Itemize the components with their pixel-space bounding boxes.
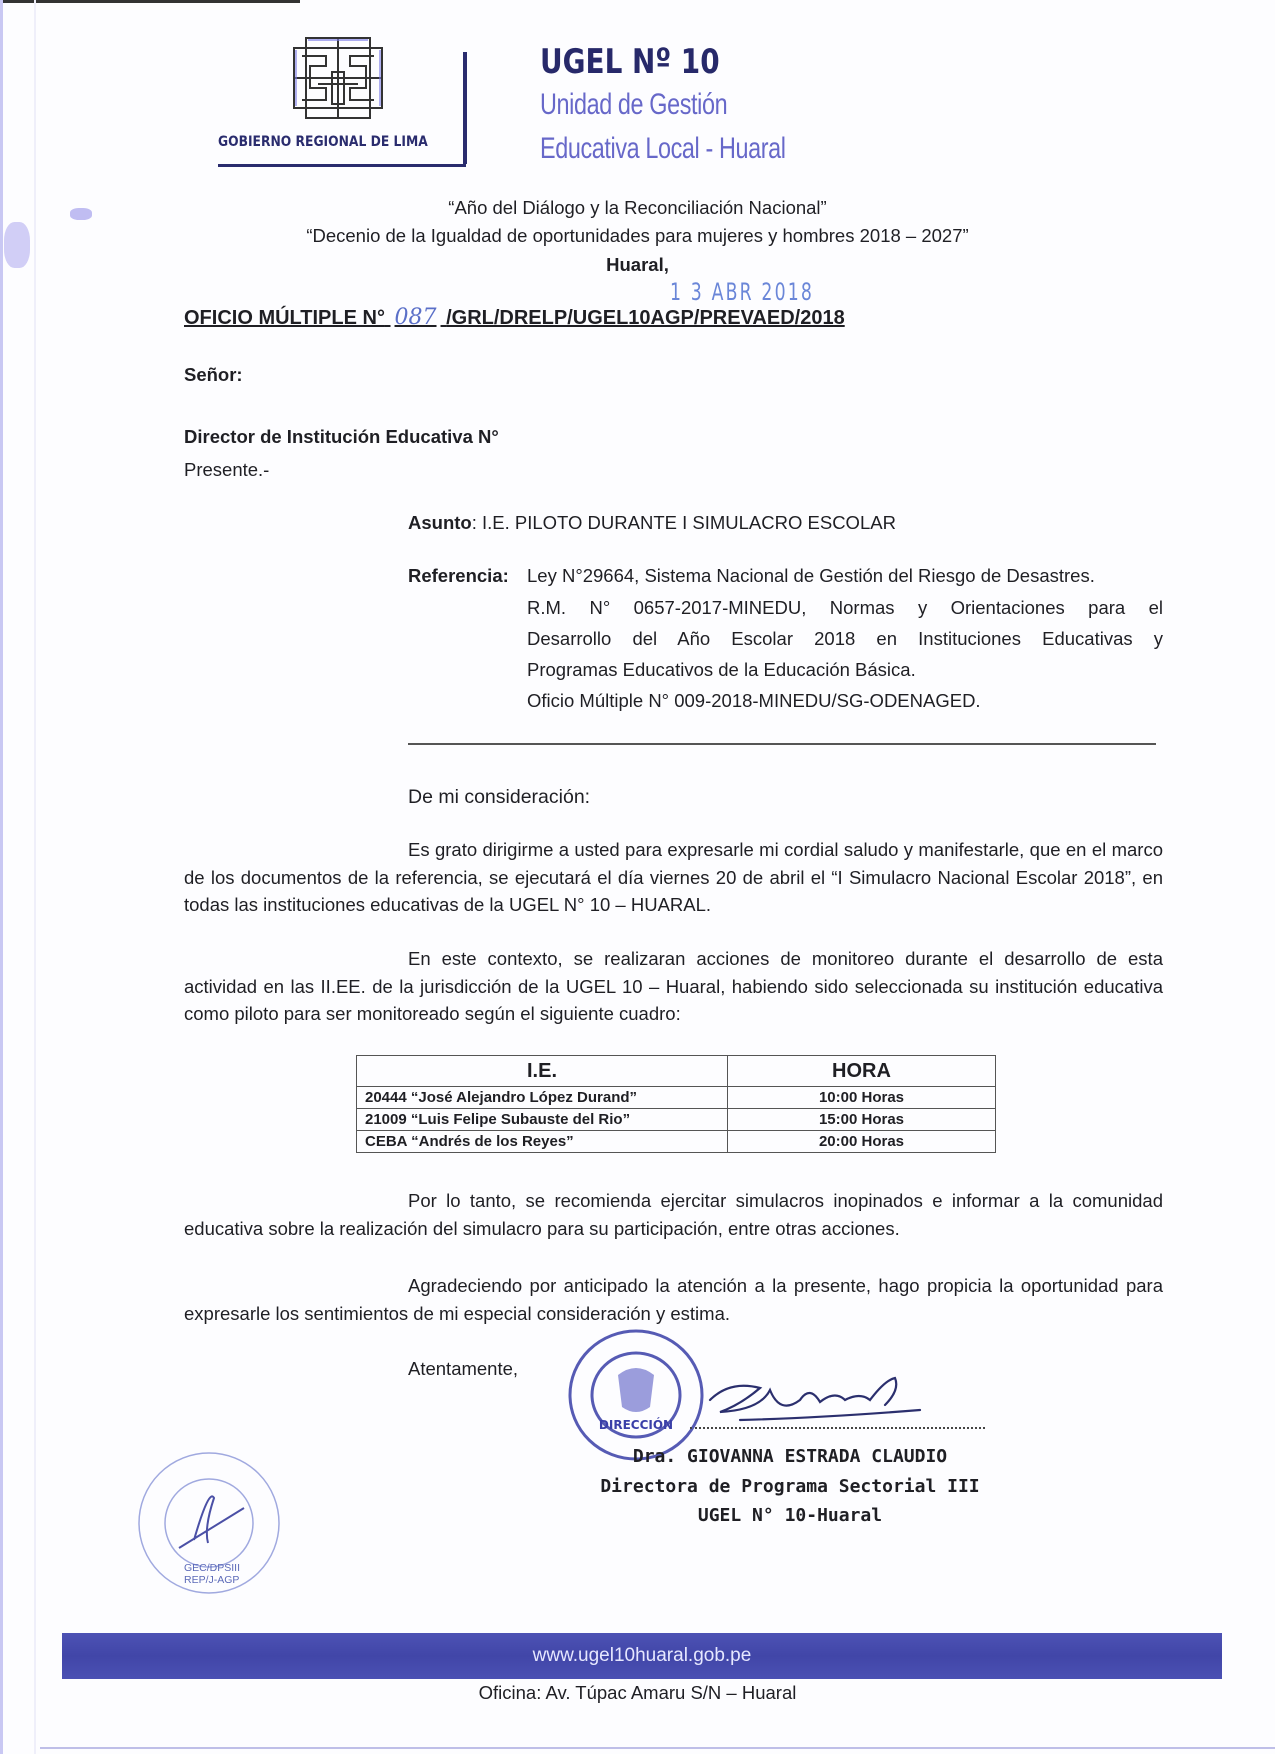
table-cell-ie: 21009 “Luis Felipe Subauste del Rio” [357,1109,728,1131]
reference-divider [408,743,1156,745]
subject-text: : I.E. PILOTO DURANTE I SIMULACRO ESCOLA… [472,512,896,533]
footer-banner: www.ugel10huaral.gob.pe [62,1633,1222,1679]
signature-icon [700,1360,940,1435]
stamp-line: GEC/DPSIII [184,1562,240,1574]
place: Huaral, [0,254,1275,276]
subject-label: Asunto [408,512,472,533]
reference-line: Desarrollo del Año Escolar 2018 en Insti… [527,628,1163,650]
reference-line: Oficio Múltiple N° 009-2018-MINEDU/SG-OD… [527,690,981,712]
direccion-seal-icon: DIRECCIÓN [566,1325,706,1465]
organization-name: GOBIERNO REGIONAL DE LIMA [218,134,428,150]
body-paragraph: Agradeciendo por anticipado la atención … [184,1272,1163,1327]
greeting: De mi consideración: [408,786,590,809]
table-cell-ie: CEBA “Andrés de los Reyes” [357,1131,728,1153]
table-cell-hora: 10:00 Horas [728,1087,996,1109]
table-cell-hora: 20:00 Horas [728,1131,996,1153]
decade-motto: “Decenio de la Igualdad de oportunidades… [0,225,1275,247]
table-cell-ie: 20444 “José Alejandro López Durand” [357,1087,728,1109]
table-row: CEBA “Andrés de los Reyes” 20:00 Horas [357,1131,996,1153]
signer-unit: UGEL N° 10-Huaral [590,1505,990,1526]
ugel-subtitle-line2: Educativa Local - Huaral [540,132,786,166]
office-address: Oficina: Av. Túpac Amaru S/N – Huaral [0,1682,1275,1704]
schedule-table: I.E. HORA 20444 “José Alejandro López Du… [356,1055,996,1153]
body-paragraph: Es grato dirigirme a usted para expresar… [184,836,1163,919]
scan-edge-bottom [40,1747,1275,1749]
table-header-ie: I.E. [357,1056,728,1087]
svg-text:DIRECCIÓN: DIRECCIÓN [599,1417,673,1432]
recipient-title: Director de Institución Educativa N° [184,426,499,448]
reference-line: R.M. N° 0657-2017-MINEDU, Normas y Orien… [527,597,1163,619]
stamp-line: REP/J-AGP [184,1574,240,1586]
oficio-suffix: /GRL/DRELP/UGEL10AGP/PREVAED/2018 [446,307,845,329]
header-divider [463,52,467,164]
year-motto: “Año del Diálogo y la Reconciliación Nac… [0,197,1275,219]
signer-title: Directora de Programa Sectorial III [590,1476,990,1497]
valediction: Atentamente, [408,1358,518,1380]
presente: Presente.- [184,459,269,481]
table-cell-hora: 15:00 Horas [728,1109,996,1131]
signer-name: Dra. GIOVANNA ESTRADA CLAUDIO [590,1446,990,1467]
regional-government-logo-icon [292,36,384,120]
organization-underline [218,164,466,167]
ugel-title: UGEL Nº 10 [540,42,720,82]
oficio-prefix: OFICIO MÚLTIPLE N° [184,307,385,329]
oficio-handwritten-number: 087 [395,305,437,330]
oficio-number: OFICIO MÚLTIPLE N° 087 /GRL/DRELP/UGEL10… [184,305,845,330]
scan-edge-top [0,0,300,3]
signature-line [690,1427,985,1429]
reference-line: Programas Educativos de la Educación Bás… [527,659,916,681]
body-paragraph: En este contexto, se realizaran acciones… [184,945,1163,1028]
date-stamp: 1 3 ABR 2018 [670,278,814,306]
table-row: 21009 “Luis Felipe Subauste del Rio” 15:… [357,1109,996,1131]
reference-line: Ley N°29664, Sistema Nacional de Gestión… [527,565,1095,587]
subject: Asunto: I.E. PILOTO DURANTE I SIMULACRO … [408,512,896,534]
salutation: Señor: [184,364,243,386]
table-header-hora: HORA [728,1056,996,1087]
stamp-reference: GEC/DPSIII REP/J-AGP [184,1562,240,1586]
body-paragraph: Por lo tanto, se recomienda ejercitar si… [184,1187,1163,1242]
table-row: 20444 “José Alejandro López Durand” 10:0… [357,1087,996,1109]
reference-label: Referencia: [408,565,509,587]
website-link[interactable]: www.ugel10huaral.gob.pe [62,1645,1222,1667]
ugel-subtitle-line1: Unidad de Gestión [540,88,727,122]
